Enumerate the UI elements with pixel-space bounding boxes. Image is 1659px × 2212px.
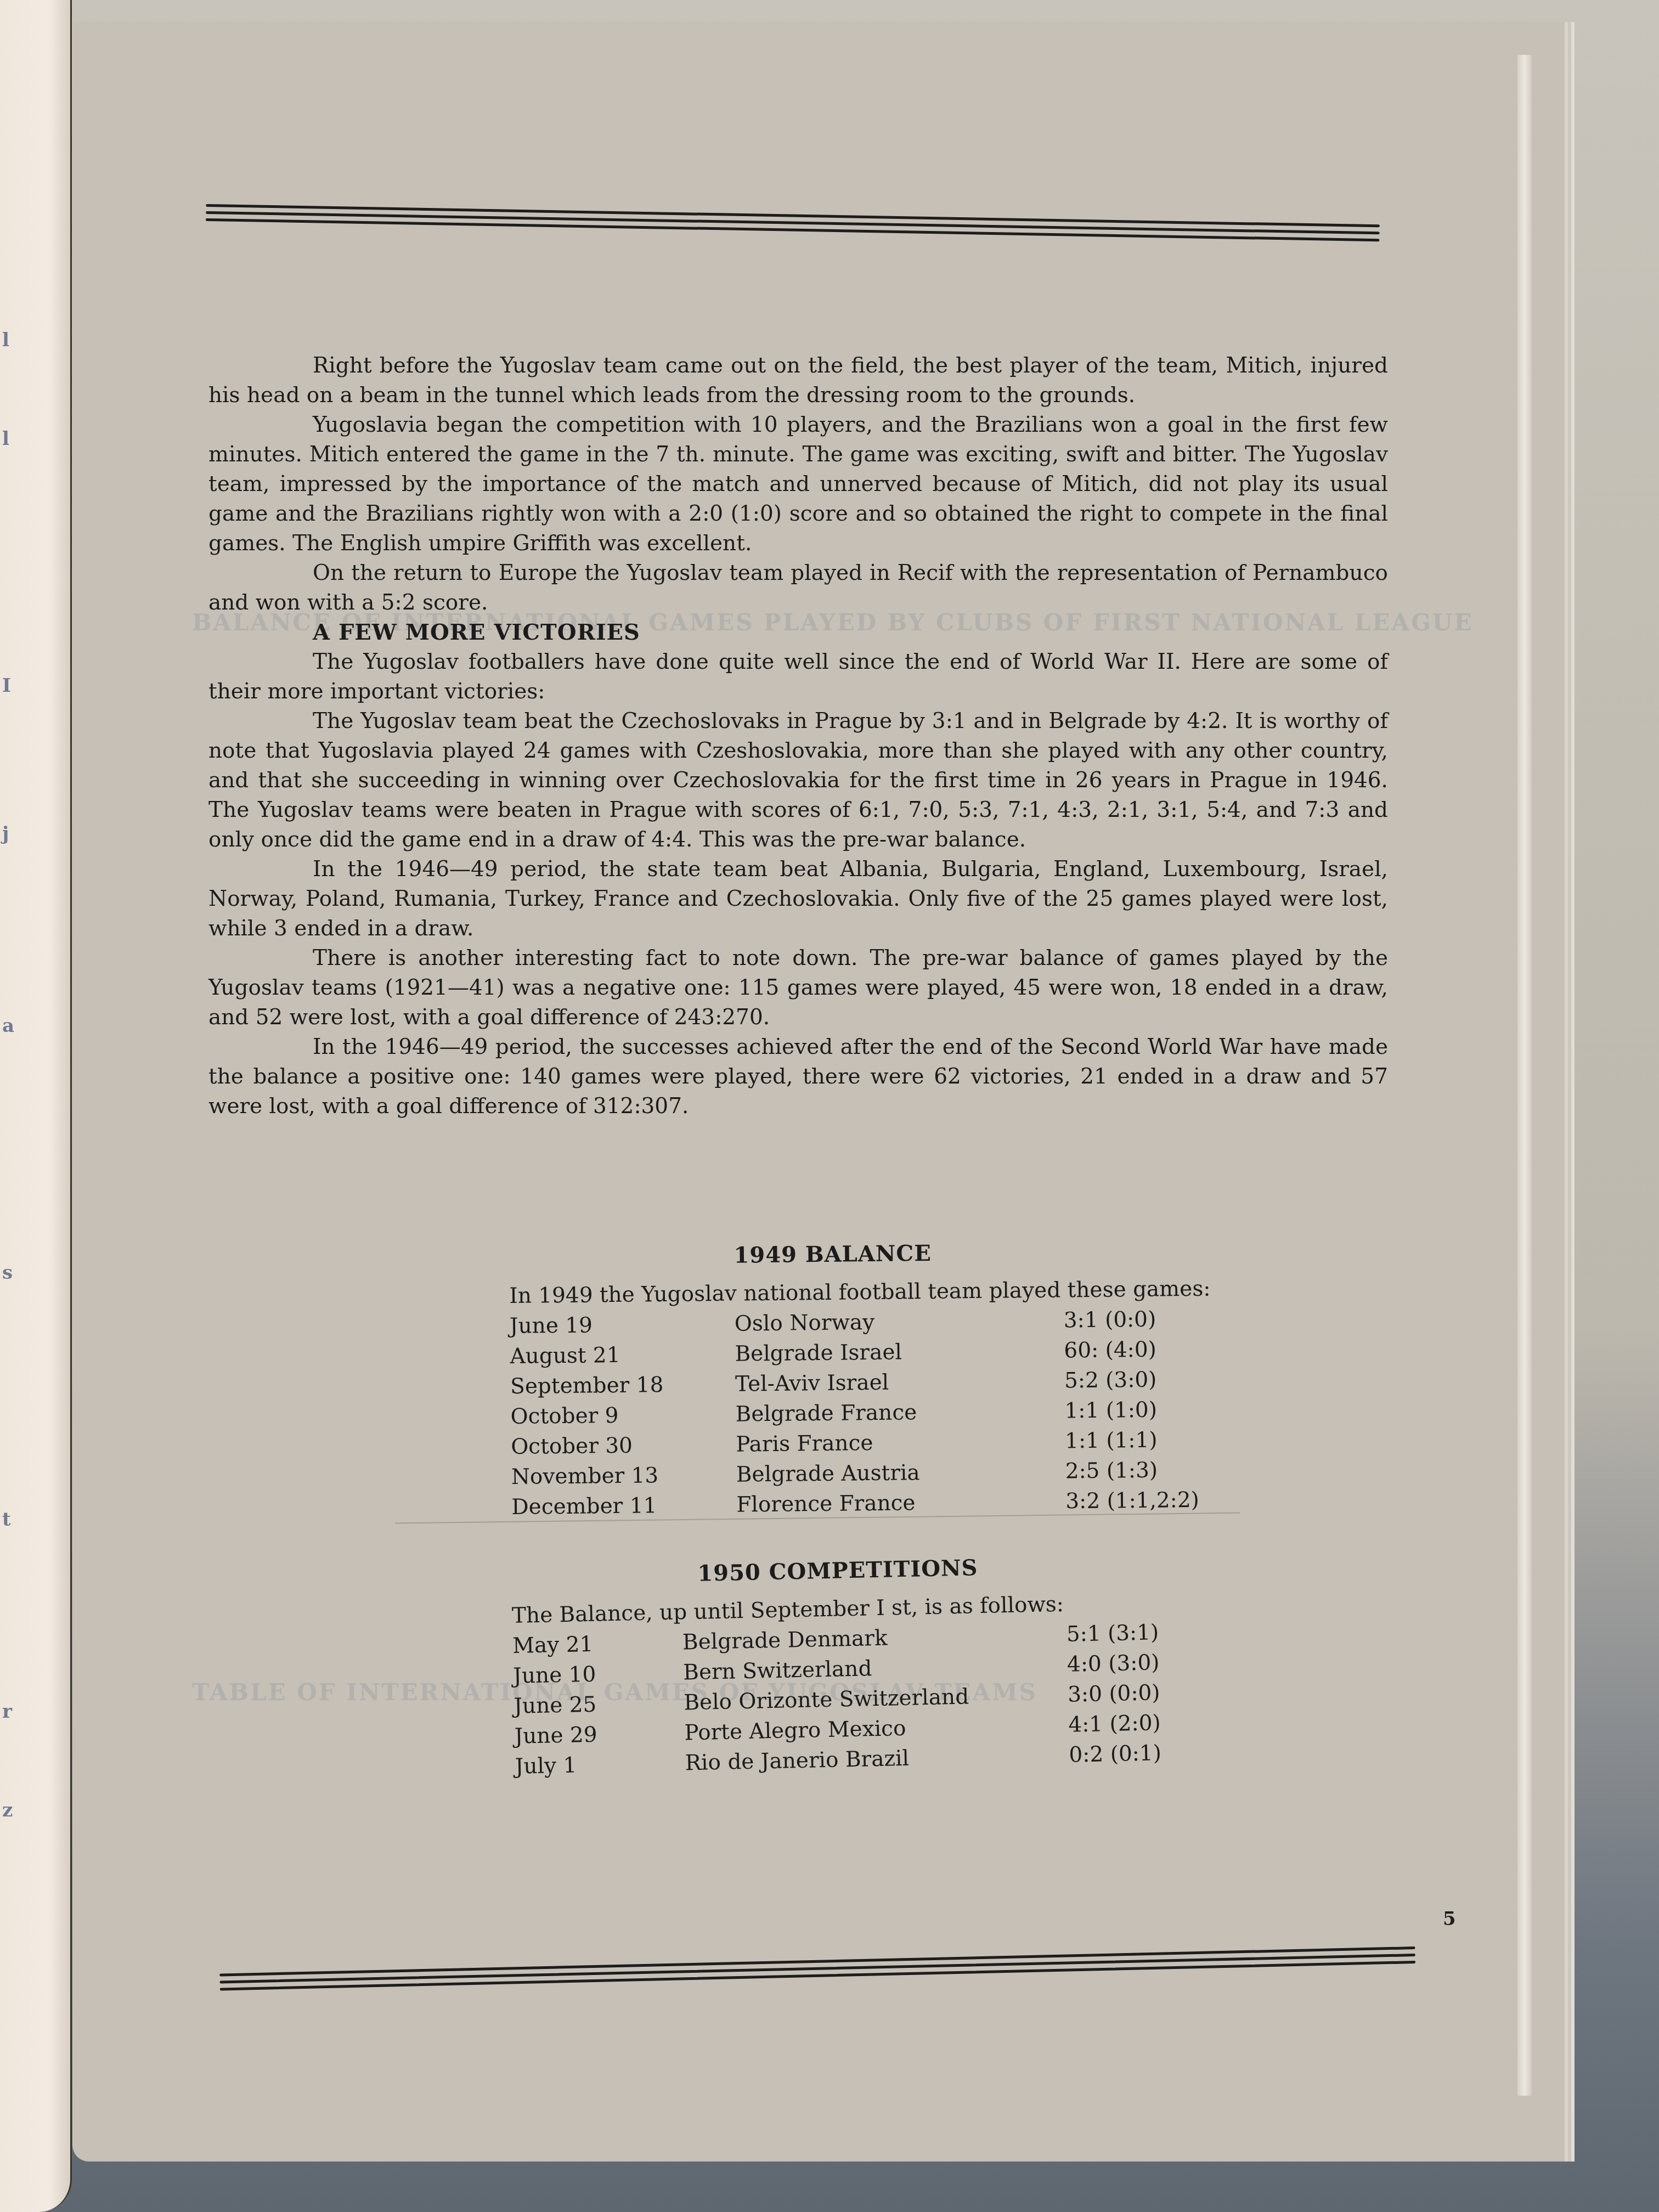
article-body: Right before the Yugoslav team came out …	[208, 351, 1388, 1121]
paragraph: The Yugoslav footballers have done quite…	[208, 647, 1388, 707]
match-date: June 25	[513, 1690, 684, 1718]
match-venue: Oslo Norway	[735, 1308, 1064, 1336]
page-number: 5	[1443, 1908, 1456, 1930]
match-date: August 21	[510, 1342, 735, 1369]
facing-page-fragment: t	[2, 1509, 11, 1531]
paragraph: On the return to Europe the Yugoslav tea…	[208, 558, 1388, 618]
paragraph: There is another interesting fact to not…	[208, 944, 1388, 1032]
match-score: 0:2 (0:1)	[1069, 1739, 1245, 1768]
match-score: 1:1 (1:0)	[1064, 1397, 1240, 1423]
match-score: 5:1 (3:1)	[1066, 1618, 1242, 1647]
match-venue: Tel-Aviv Israel	[735, 1368, 1064, 1396]
match-venue: Florence France	[736, 1489, 1065, 1517]
facing-page-edge: l l I j a s t r z	[0, 0, 72, 2212]
table-title: 1949 BALANCE	[733, 1237, 1238, 1268]
paragraph: The Yugoslav team beat the Czechoslovaks…	[208, 707, 1388, 855]
match-date: June 29	[514, 1720, 685, 1748]
balance-1949-table: 1949 BALANCE In 1949 the Yugoslav nation…	[509, 1237, 1241, 1520]
match-score: 2:5 (1:3)	[1065, 1457, 1241, 1483]
match-venue: Belgrade Austria	[736, 1459, 1065, 1487]
section-heading: A FEW MORE VICTORIES	[208, 618, 1388, 647]
facing-page-fragment: j	[2, 823, 9, 845]
facing-page-fragment: a	[2, 1015, 14, 1037]
match-date: October 30	[511, 1432, 736, 1459]
match-score: 3:2 (1:1,2:2)	[1065, 1487, 1241, 1514]
match-date: September 18	[510, 1372, 735, 1399]
match-date: July 1	[515, 1751, 685, 1779]
match-date: November 13	[511, 1463, 736, 1489]
match-score: 1:1 (1:1)	[1065, 1427, 1240, 1453]
match-score: 3:0 (0:0)	[1068, 1679, 1244, 1707]
match-score: 60: (4:0)	[1064, 1336, 1239, 1363]
match-date: June 19	[510, 1312, 735, 1339]
match-score: 4:0 (3:0)	[1067, 1649, 1243, 1677]
table-rows: June 19Oslo Norway3:1 (0:0)August 21Belg…	[510, 1301, 1242, 1520]
facing-page-fragment: s	[2, 1262, 13, 1284]
match-score: 4:1 (2:0)	[1068, 1709, 1244, 1737]
competitions-1950-table: 1950 COMPETITIONS The Balance, up until …	[511, 1549, 1245, 1779]
match-score: 5:2 (3:0)	[1064, 1367, 1240, 1393]
paragraph: In the 1946—49 period, the successes ach…	[208, 1032, 1388, 1121]
paragraph: Right before the Yugoslav team came out …	[208, 351, 1388, 410]
match-venue: Belgrade France	[735, 1398, 1064, 1426]
paragraph: Yugoslavia began the competition with 10…	[208, 410, 1388, 558]
facing-page-fragment: r	[2, 1701, 12, 1723]
match-date: October 9	[510, 1402, 735, 1429]
match-venue: Belgrade Israel	[735, 1338, 1064, 1366]
match-date: December 11	[511, 1493, 736, 1520]
match-date: May 21	[512, 1630, 683, 1658]
page-stack-edge	[1517, 55, 1532, 2096]
match-venue: Paris France	[736, 1429, 1065, 1457]
facing-page-fragment: l	[2, 428, 9, 450]
facing-page-fragment: z	[2, 1799, 13, 1821]
match-date: June 10	[513, 1660, 684, 1688]
facing-page-fragment: I	[2, 675, 11, 697]
table-rows: May 21Belgrade Denmark5:1 (3:1)June 10Be…	[512, 1613, 1244, 1779]
match-score: 3:1 (0:0)	[1064, 1306, 1239, 1333]
paragraph: In the 1946—49 period, the state team be…	[208, 855, 1388, 944]
facing-page-fragment: l	[2, 329, 9, 351]
